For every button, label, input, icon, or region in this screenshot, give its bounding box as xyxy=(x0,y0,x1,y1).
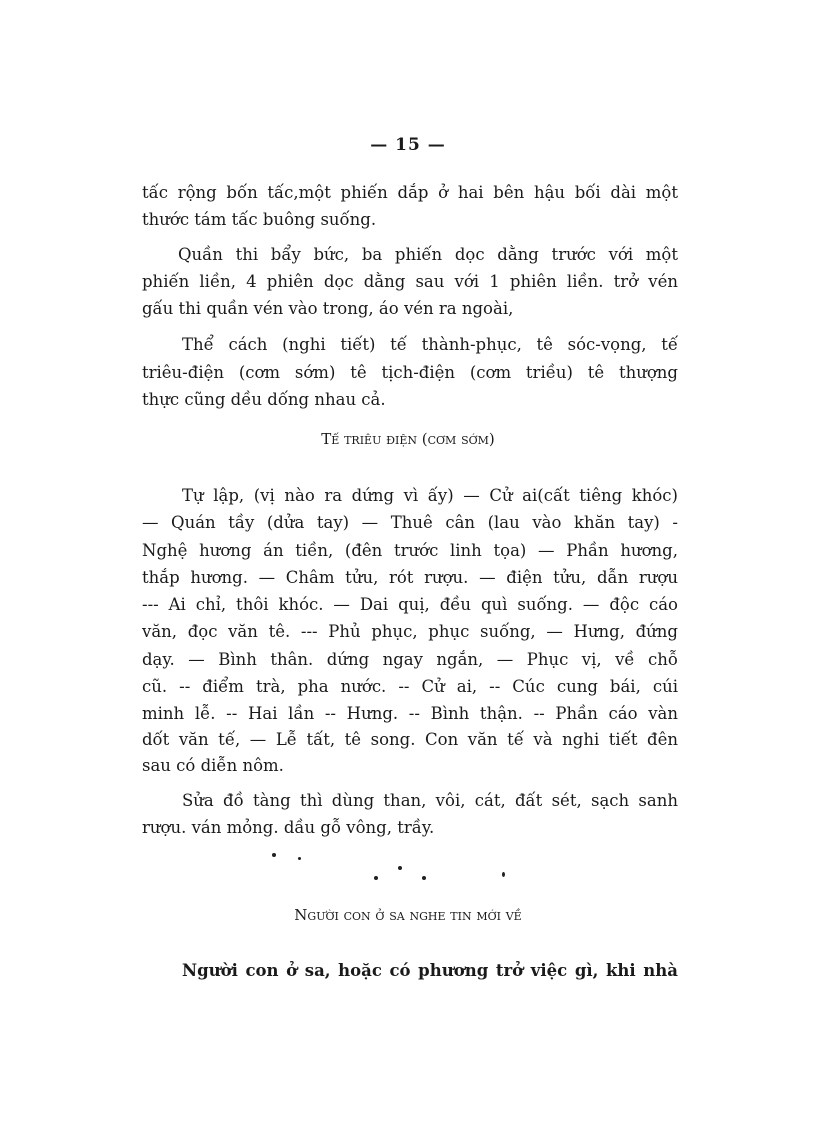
text-line: Tự lập, (vị nào ra dứng vì ấy) — Cử ai(c… xyxy=(182,485,678,507)
text-line: minh lễ. -- Hai lần -- Hưng. -- Bình thậ… xyxy=(142,703,678,725)
text-line: thước tám tấc buông suống. xyxy=(142,209,678,231)
text-line: Người con ở sa, hoặc có phương trở việc … xyxy=(182,960,678,982)
text-line: Sửa đồ tàng thì dùng than, vôi, cát, đất… xyxy=(182,790,678,812)
text-line: --- Ai chỉ, thôi khóc. — Dai quị, đều qu… xyxy=(142,594,678,616)
text-line: phiến liền, 4 phiên dọc dằng sau với 1 p… xyxy=(142,271,678,293)
text-line: thắp hương. — Châm tửu, rót rượu. — điện… xyxy=(142,567,678,589)
text-line: gấu thi quần vén vào trong, áo vén ra ng… xyxy=(142,298,678,320)
section-heading: Tế triêu điện (cơm sớm) xyxy=(0,430,816,448)
text-line: dạy. — Bình thân. dứng ngay ngắn, — Phục… xyxy=(142,649,678,671)
text-line: tấc rộng bốn tấc,một phiến dắp ở hai bên… xyxy=(142,182,678,204)
text-line: triêu-điện (cơm sớm) tê tịch-điện (cơm t… xyxy=(142,362,678,384)
text-line: — Quán tầy (dửa tay) — Thuê cân (lau vào… xyxy=(142,512,678,534)
text-line: Thể cách (nghi tiết) tế thành-phục, tê s… xyxy=(182,334,678,356)
text-line: Nghệ hương án tiền, (đên trước linh tọa)… xyxy=(142,540,678,562)
section-heading: Người con ở sa nghe tin mới về xyxy=(0,906,816,924)
text-line: dốt văn tế, — Lễ tất, tê song. Con văn t… xyxy=(142,729,678,751)
text-line: văn, đọc văn tê. --- Phủ phục, phục suốn… xyxy=(142,621,678,643)
text-line: sau có diễn nôm. xyxy=(142,755,678,777)
text-line: cũ. -- điểm trà, pha nước. -- Cử ai, -- … xyxy=(142,676,678,698)
text-line: rượu. ván mỏng. dầu gỗ vông, trầy. xyxy=(142,817,678,839)
text-line: thực cũng dều dống nhau cả. xyxy=(142,389,678,411)
page-number: — 15 — xyxy=(0,135,816,155)
text-line: Quần thi bẩy bức, ba phiến dọc dằng trướ… xyxy=(178,244,678,266)
